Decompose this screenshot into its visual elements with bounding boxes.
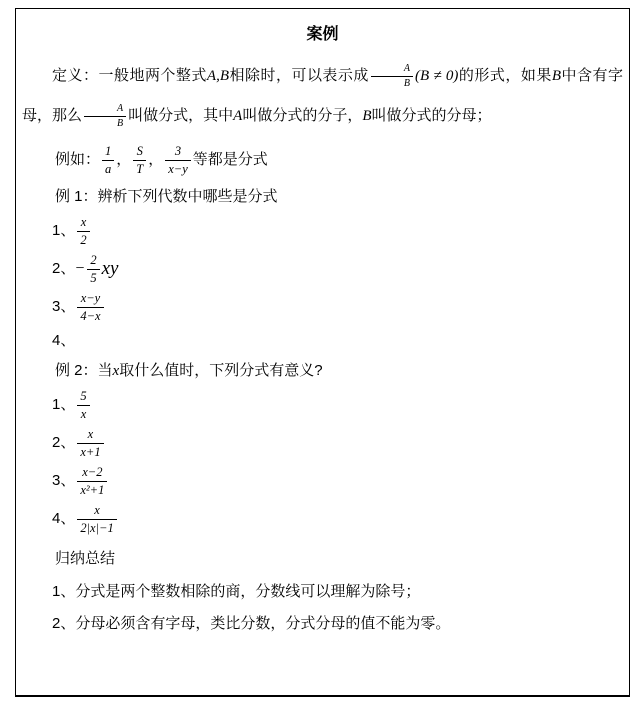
intro-label: 例如： <box>55 151 100 168</box>
example1-heading: 例 1：辨析下列代数中哪些是分式 <box>55 185 623 206</box>
fraction-a-over-b: AB <box>84 103 126 130</box>
definition-text: 定义：一般地两个整式 <box>52 67 207 84</box>
example1-item-3: 3、x−y4−x <box>52 291 623 323</box>
definition-text: 叫做分式的分子， <box>242 107 362 124</box>
fraction-3-over-x-minus-y: 3x−y <box>165 144 191 176</box>
math-variable-b: B <box>362 108 371 124</box>
summary-point-1: 1、分式是两个整数相除的商，分数线可以理解为除号； <box>52 580 623 601</box>
fraction-numerator: x <box>77 503 116 520</box>
item-number: 1、 <box>52 222 75 239</box>
fraction-numerator: x <box>77 215 89 232</box>
fraction-x-over-2-abs-x-minus-1: x2|x|−1 <box>77 503 116 535</box>
fraction-numerator: x−y <box>77 291 103 308</box>
fraction-denominator: 4−x <box>77 308 103 324</box>
math-variable-a: A <box>233 108 242 124</box>
heading-text: 例 2：当 <box>55 362 113 379</box>
math-condition: (B ≠ 0) <box>415 68 458 84</box>
summary-heading: 归纳总结 <box>55 547 623 568</box>
item-number: 1、 <box>52 396 75 413</box>
example2-item-2: 2、xx+1 <box>52 427 623 459</box>
fraction-numerator: 1 <box>102 144 114 161</box>
example2-heading: 例 2：当x取什么值时，下列分式有意义? <box>55 359 623 380</box>
example2-item-1: 1、5x <box>52 389 623 421</box>
fraction-x-minus-2-over-x-squared-plus-1: x−2x²+1 <box>77 465 107 497</box>
fraction-numerator: 5 <box>77 389 89 406</box>
item-number: 4、 <box>52 332 75 349</box>
example1-item-2: 2、−25xy <box>52 253 623 285</box>
fraction-numerator: x <box>77 427 103 444</box>
separator: ， <box>148 151 163 168</box>
example1-item-4: 4、 <box>52 329 623 350</box>
example2-item-4: 4、x2|x|−1 <box>52 503 623 535</box>
fraction-denominator: 5 <box>87 270 99 286</box>
fraction-denominator: B <box>84 117 126 130</box>
fraction-numerator: S <box>133 144 146 161</box>
fraction-x-over-2: x2 <box>77 215 89 247</box>
fraction-numerator: A <box>84 103 126 117</box>
fraction-denominator: a <box>102 161 114 177</box>
document-title: 案例 <box>22 21 623 44</box>
separator: ， <box>116 151 131 168</box>
fraction-denominator: B <box>371 77 413 90</box>
fraction-denominator: T <box>133 161 146 177</box>
fraction-x-minus-y-over-4-minus-x: x−y4−x <box>77 291 103 323</box>
definition-text: 叫做分式，其中 <box>128 107 233 124</box>
math-variables-ab: A,B <box>207 68 229 84</box>
fraction-denominator: x <box>77 406 89 422</box>
definition-text: 叫做分式的分母； <box>372 107 492 124</box>
item-number: 3、 <box>52 472 75 489</box>
fraction-2-over-5: 25 <box>87 253 99 285</box>
example2-item-3: 3、x−2x²+1 <box>52 465 623 497</box>
math-variables-xy: xy <box>102 258 119 279</box>
intro-tail: 等都是分式 <box>193 151 268 168</box>
fraction-numerator: x−2 <box>77 465 107 482</box>
fraction-denominator: x−y <box>165 161 191 177</box>
fraction-denominator: 2|x|−1 <box>77 520 116 536</box>
fraction-5-over-x: 5x <box>77 389 89 421</box>
item-number: 2、 <box>52 260 75 277</box>
item-number: 2、 <box>52 434 75 451</box>
fraction-numerator: 3 <box>165 144 191 161</box>
fraction-numerator: A <box>371 63 413 77</box>
fraction-s-over-t: ST <box>133 144 146 176</box>
document-content: 案例 定义：一般地两个整式A,B相除时，可以表示成AB(B ≠ 0)的形式，如果… <box>16 9 629 633</box>
item-number: 3、 <box>52 298 75 315</box>
document-page: 案例 定义：一般地两个整式A,B相除时，可以表示成AB(B ≠ 0)的形式，如果… <box>15 8 630 697</box>
summary-point-2: 2、分母必须含有字母，类比分数，分式分母的值不能为零。 <box>52 612 623 633</box>
math-variable-b: B <box>552 68 561 84</box>
item-number: 4、 <box>52 510 75 527</box>
fraction-denominator: x+1 <box>77 444 103 460</box>
definition-text: 的形式，如果 <box>458 67 551 84</box>
example1-item-1: 1、x2 <box>52 215 623 247</box>
definition-text: 相除时，可以表示成 <box>229 67 369 84</box>
fraction-denominator: 2 <box>77 232 89 248</box>
fraction-denominator: x²+1 <box>77 482 107 498</box>
fraction-x-over-x-plus-1: xx+1 <box>77 427 103 459</box>
minus-sign: − <box>75 260 84 277</box>
example-intro-line: 例如：1a，ST，3x−y等都是分式 <box>55 144 623 176</box>
definition-paragraph: 定义：一般地两个整式A,B相除时，可以表示成AB(B ≠ 0)的形式，如果B中含… <box>22 56 623 136</box>
fraction-1-over-a: 1a <box>102 144 114 176</box>
fraction-a-over-b: AB <box>371 63 413 90</box>
heading-text: 取什么值时，下列分式有意义? <box>119 362 322 379</box>
fraction-numerator: 2 <box>87 253 99 270</box>
